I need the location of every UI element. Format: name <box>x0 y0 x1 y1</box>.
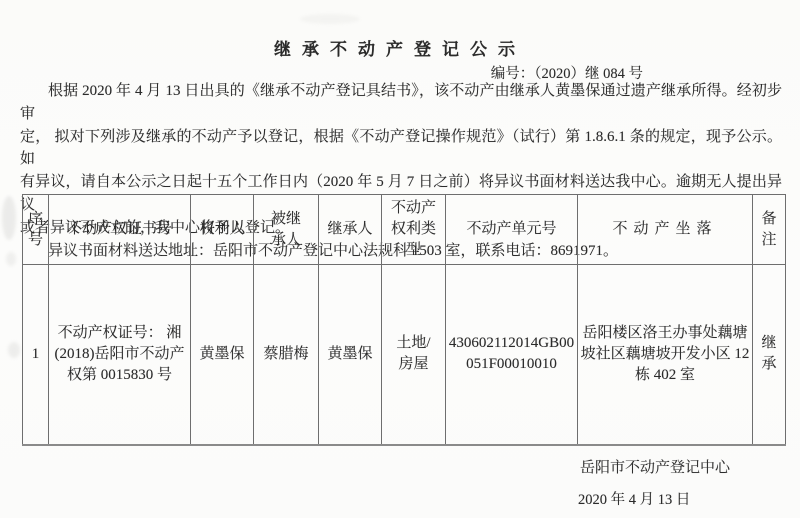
registration-table: 序号 不动产权证书号 权利人 被继承人 继承人 不动产权利类型 不动产单元号 不… <box>22 194 786 446</box>
cell-heir: 黄墨保 <box>319 265 382 445</box>
cell-unit-no: 430602112014GB00051F00010010 <box>446 265 578 445</box>
col-header-seq: 序号 <box>23 195 49 265</box>
col-header-decedent: 被继承人 <box>254 195 319 265</box>
cell-seq: 1 <box>23 265 49 445</box>
col-header-unit-no: 不动产单元号 <box>446 195 578 265</box>
table-row: 1 不动产权证号： 湘(2018)岳阳市不动产权第 0015830 号 黄墨保 … <box>23 265 786 445</box>
col-header-right-type: 不动产权利类型 <box>382 195 446 265</box>
cell-decedent: 蔡腊梅 <box>254 265 319 445</box>
issue-date: 2020 年 4 月 13 日 <box>578 488 690 509</box>
scanned-notice-page: 继承不动产登记公示 编号：（2020）继 084 号 根据 2020 年 4 月… <box>0 0 800 518</box>
col-header-cert-no: 不动产权证书号 <box>49 195 191 265</box>
scan-smudge <box>6 252 16 266</box>
scan-smudge <box>2 196 16 240</box>
notice-line: 定， 拟对下列涉及继承的不动产予以登记，根据《不动产登记操作规范》（试行）第 1… <box>20 126 782 172</box>
cell-remark: 继承 <box>753 265 786 445</box>
scan-smudge <box>8 342 20 358</box>
issuer-signature: 岳阳市不动产登记中心 <box>580 456 730 477</box>
scan-smudge <box>300 14 360 24</box>
page-title: 继承不动产登记公示 <box>0 35 800 60</box>
col-header-remark: 备注 <box>753 195 786 265</box>
cell-right-holder: 黄墨保 <box>191 265 254 445</box>
col-header-heir: 继承人 <box>319 195 382 265</box>
table-header-row: 序号 不动产权证书号 权利人 被继承人 继承人 不动产权利类型 不动产单元号 不… <box>23 195 786 265</box>
cell-location: 岳阳楼区洛王办事处藕塘坡社区藕塘坡开发小区 12 栋 402 室 <box>578 265 753 445</box>
notice-line: 根据 2020 年 4 月 13 日出具的《继承不动产登记具结书》，该不动产由继… <box>20 80 782 126</box>
col-header-right-holder: 权利人 <box>191 195 254 265</box>
cell-cert-no: 不动产权证号： 湘(2018)岳阳市不动产权第 0015830 号 <box>49 265 191 445</box>
col-header-location: 不动产坐落 <box>578 195 753 265</box>
cell-right-type: 土地/房屋 <box>382 265 446 445</box>
